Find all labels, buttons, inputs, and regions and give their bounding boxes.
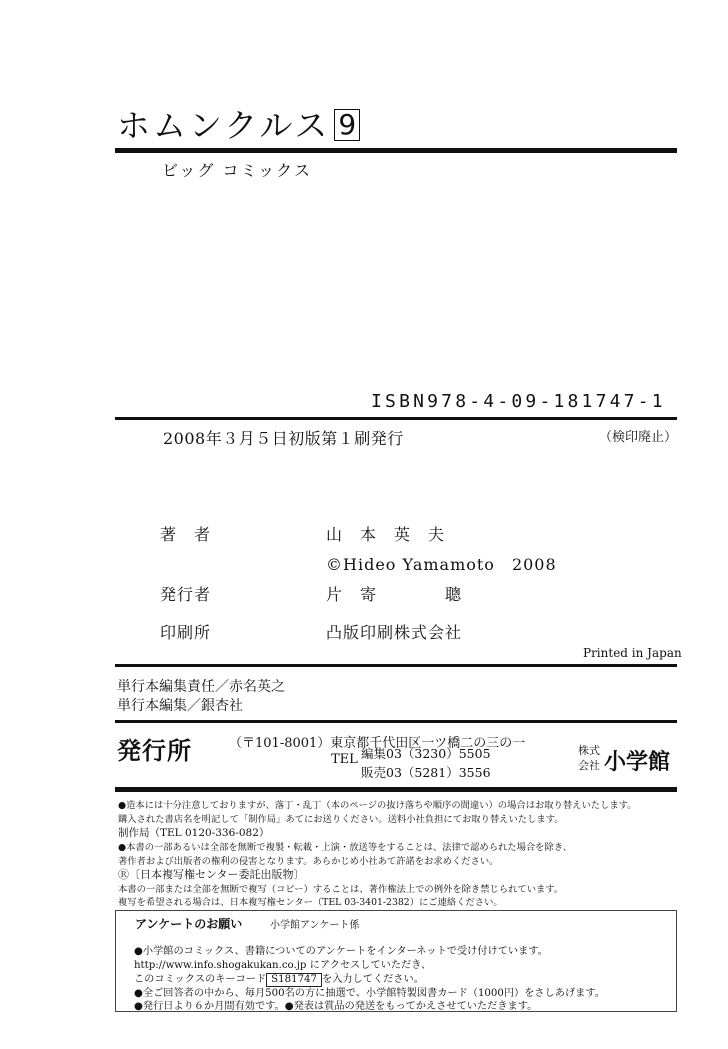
stamp-note: （検印廃止） <box>599 426 677 445</box>
tel-label: TEL <box>331 752 358 767</box>
survey-title: アンケートのお願い <box>135 915 242 932</box>
survey-line: ●小学館のコミックス、書籍についてのアンケートをインターネットで受け付けています… <box>134 942 548 957</box>
credit-value-printer: 凸版印刷株式会社 <box>326 620 462 643</box>
printed-in-japan: Printed in Japan <box>583 646 682 660</box>
survey-url: http://www.info.shogakukan.co.jp にアクセスして… <box>134 956 431 971</box>
publisher-rule <box>115 787 677 792</box>
editor-chief: 単行本編集責任／赤名英之 <box>117 676 285 696</box>
credit-value-author: 山 本 英 夫 <box>326 522 445 545</box>
corp-prefix-top: 株式 <box>578 744 600 757</box>
editor-team: 単行本編集／銀杏社 <box>117 695 243 715</box>
isbn-rule <box>115 417 677 420</box>
book-title: ホムンクルス9 <box>117 100 360 147</box>
credit-value-publisher: 片 寄 聰 <box>326 582 462 605</box>
notice-line: 複写を希望される場合は、日本複写権センター（TEL 03-3401-2382）に… <box>118 894 503 908</box>
credits-rule <box>115 664 677 667</box>
title-rule <box>115 148 677 153</box>
publication-date: 2008年３月５日初版第１刷発行 <box>163 426 404 449</box>
volume-number: 9 <box>334 109 360 141</box>
notice-line: 著作者および出版者の権利の侵害となります。あらかじめ小社あて許諾をお求めください… <box>118 853 498 867</box>
credit-label-printer: 印刷所 <box>160 620 211 643</box>
notice-line: ●本書の一部あるいは全部を無断で複製・転載・上演・放送等をすることは、法律で認め… <box>118 839 572 853</box>
survey-line: ●発行日より６か月間有効です。●発表は賞品の発送をもってかえさせていただきます。 <box>134 997 537 1012</box>
credit-value-copyright: ©Hideo Yamamoto 2008 <box>326 552 557 575</box>
corp-prefix-bottom: 会社 <box>578 759 600 772</box>
editors-rule <box>115 720 677 723</box>
survey-dept: 小学館アンケート係 <box>270 916 359 931</box>
notice-line: 制作局（TEL 0120-336-082） <box>118 825 269 840</box>
tel-editorial: 編集03（3230）5505 <box>361 744 491 762</box>
credit-label-publisher: 発行者 <box>160 582 211 605</box>
credit-label-author: 著 者 <box>160 522 211 545</box>
notice-line: Ⓡ〔日本複写権センター委託出版物〕 <box>118 866 305 882</box>
notice-line: 購入された書店名を明記して「制作局」あてにお送りください。送料小社負担にてお取り… <box>118 811 564 825</box>
publisher-name: 小学館 <box>604 745 670 776</box>
notice-line: ●造本には十分注意しておりますが、落丁・乱丁（本のページの抜け落ちや順序の間違い… <box>118 797 637 811</box>
publisher-label: 発行所 <box>117 731 192 766</box>
title-text: ホムンクルス <box>117 106 330 145</box>
series-name: ビッグ コミックス <box>162 158 312 181</box>
isbn: ISBN978-4-09-181747-1 <box>371 391 666 412</box>
notice-line: 本書の一部または全部を無断で複写（コピー）することは、著作権法上での例外を除き禁… <box>118 881 563 895</box>
tel-sales: 販売03（5281）3556 <box>361 763 491 781</box>
